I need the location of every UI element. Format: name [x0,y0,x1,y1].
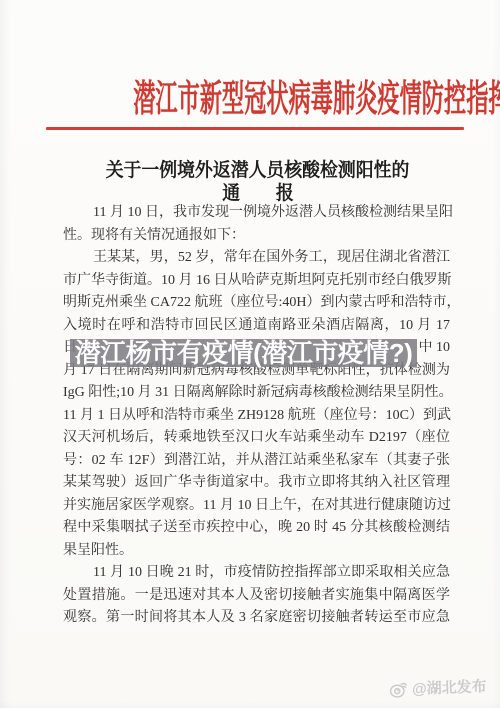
weibo-icon [388,679,409,700]
overlay-caption-text: 潜江杨市有疫情(潜江市疫情?) [75,338,413,368]
body-line: 11 月 1 日从呼和浩特市乘坐 ZH9128 航班（座位号：10C）到武 [63,405,450,428]
document-photo: 潜江市新型冠状病毒肺炎疫情防控指挥部 关于一例境外返潜人员核酸检测阳性的 通 报… [0,0,500,708]
body-line: 程中采集咽拭子送至市疾控中心，晚 20 时 45 分其核酸检测结 [63,517,450,540]
body-line: 明斯克州乘坐 CA722 航班（座位号:40H）到内蒙古呼和浩特市， [63,292,450,315]
body-line: 并实施居家医学观察。11 月 10 日上午，在对其进行健康随访过 [63,495,450,518]
issuing-authority-header: 潜江市新型冠状病毒肺炎疫情防控指挥部 [0,68,500,122]
document-title-text: 通 报 [222,178,293,205]
body-line: 11 月 10 日，我市发现一例境外返潜人员核酸检测结果呈阳 [63,202,450,225]
body-line: 某某驾驶）返回广华寺街道家中。我市立即将其纳入社区管理 [63,472,450,495]
body-line: 果呈阳性。 [63,540,450,563]
red-divider-line [46,127,464,130]
body-line: 11 月 10 日晚 21 时，市疫情防控指挥部立即采取相关应急 [63,562,450,585]
weibo-watermark: @湖北发布 [388,675,487,699]
body-line: 汉天河机场后，转乘地铁至汉口火车站乘坐动车 D2197（座位 [63,427,450,450]
obscured-line-right-fragment: 中 10 [419,337,451,360]
overlay-caption-band: 潜江杨市有疫情(潜江市疫情?) [70,339,417,367]
body-line: 号：02 车 12F）到潜江站，并从潜江站乘坐私家车（其妻子张 [63,450,450,473]
body-line: 处置措施。一是迅速对其本人及密切接触者实施集中隔离医学 [63,585,450,608]
body-line: 王某某，男，52 岁，常年在国外务工，现居住湖北省潜江 [63,247,450,270]
authority-title: 潜江市新型冠状病毒肺炎疫情防控指挥部 [133,68,500,122]
body-line: 性。现将有关情况通报如下： [63,225,450,248]
body-line: 市广华寺街道。10 月 16 日从哈萨克斯坦阿克托别市经白俄罗斯 [63,270,450,293]
weibo-handle: @湖北发布 [412,675,487,699]
notice-body: 11 月 10 日，我市发现一例境外返潜人员核酸检测结果呈阳 性。现将有关情况通… [63,202,450,630]
body-line: 入境时在呼和浩特市回民区通道南路亚朵酒店隔离，10 月 17 [63,315,450,338]
body-line: IgG 阳性;10 月 31 日隔离解除时新冠病毒核酸检测结果呈阴性。 [63,382,450,405]
body-line: 观察。第一时间将其本人及 3 名家庭密切接触者转运至市应急 [63,607,450,630]
